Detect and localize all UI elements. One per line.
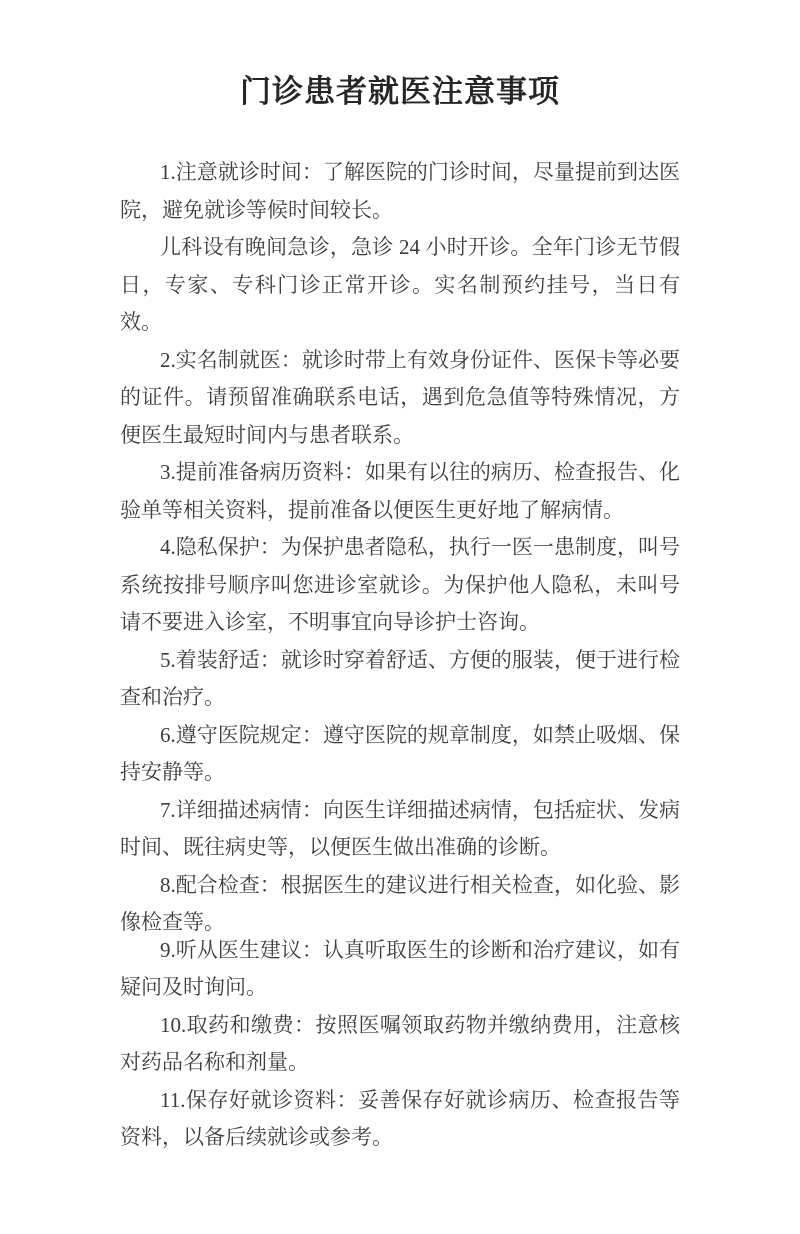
notice-item-6: 6.遵守医院规定：遵守医院的规章制度，如禁止吸烟、保持安静等。 [120,717,680,792]
document-title: 门诊患者就医注意事项 [0,0,800,110]
notice-item-3: 3.提前准备病历资料：如果有以往的病历、检查报告、化验单等相关资料，提前准备以便… [120,454,680,529]
notice-item-1-supplement: 儿科设有晚间急诊，急诊 24 小时开诊。全年门诊无节假日，专家、专科门诊正常开诊… [120,229,680,342]
notice-item-2: 2.实名制就医：就诊时带上有效身份证件、医保卡等必要的证件。请预留准确联系电话，… [120,342,680,455]
document-body: 1.注意就诊时间：了解医院的门诊时间，尽量提前到达医院，避免就诊等候时间较长。 … [120,154,680,1157]
notice-item-5: 5.着装舒适：就诊时穿着舒适、方便的服装，便于进行检查和治疗。 [120,642,680,717]
notice-item-11: 11.保存好就诊资料：妥善保存好就诊病历、检查报告等资料，以备后续就诊或参考。 [120,1082,680,1157]
notice-item-7: 7.详细描述病情：向医生详细描述病情，包括症状、发病时间、既往病史等，以便医生做… [120,792,680,867]
notice-item-4: 4.隐私保护：为保护患者隐私，执行一医一患制度，叫号系统按排号顺序叫您进诊室就诊… [120,529,680,642]
notice-item-1: 1.注意就诊时间：了解医院的门诊时间，尽量提前到达医院，避免就诊等候时间较长。 [120,154,680,229]
notice-item-8: 8.配合检查：根据医生的建议进行相关检查，如化验、影像检查等。 [120,867,680,942]
notice-item-9: 9.听从医生建议：认真听取医生的诊断和治疗建议，如有疑问及时询问。 [120,932,680,1007]
notice-item-10: 10.取药和缴费：按照医嘱领取药物并缴纳费用，注意核对药品名称和剂量。 [120,1007,680,1082]
document-page: 门诊患者就医注意事项 1.注意就诊时间：了解医院的门诊时间，尽量提前到达医院，避… [0,0,800,1234]
